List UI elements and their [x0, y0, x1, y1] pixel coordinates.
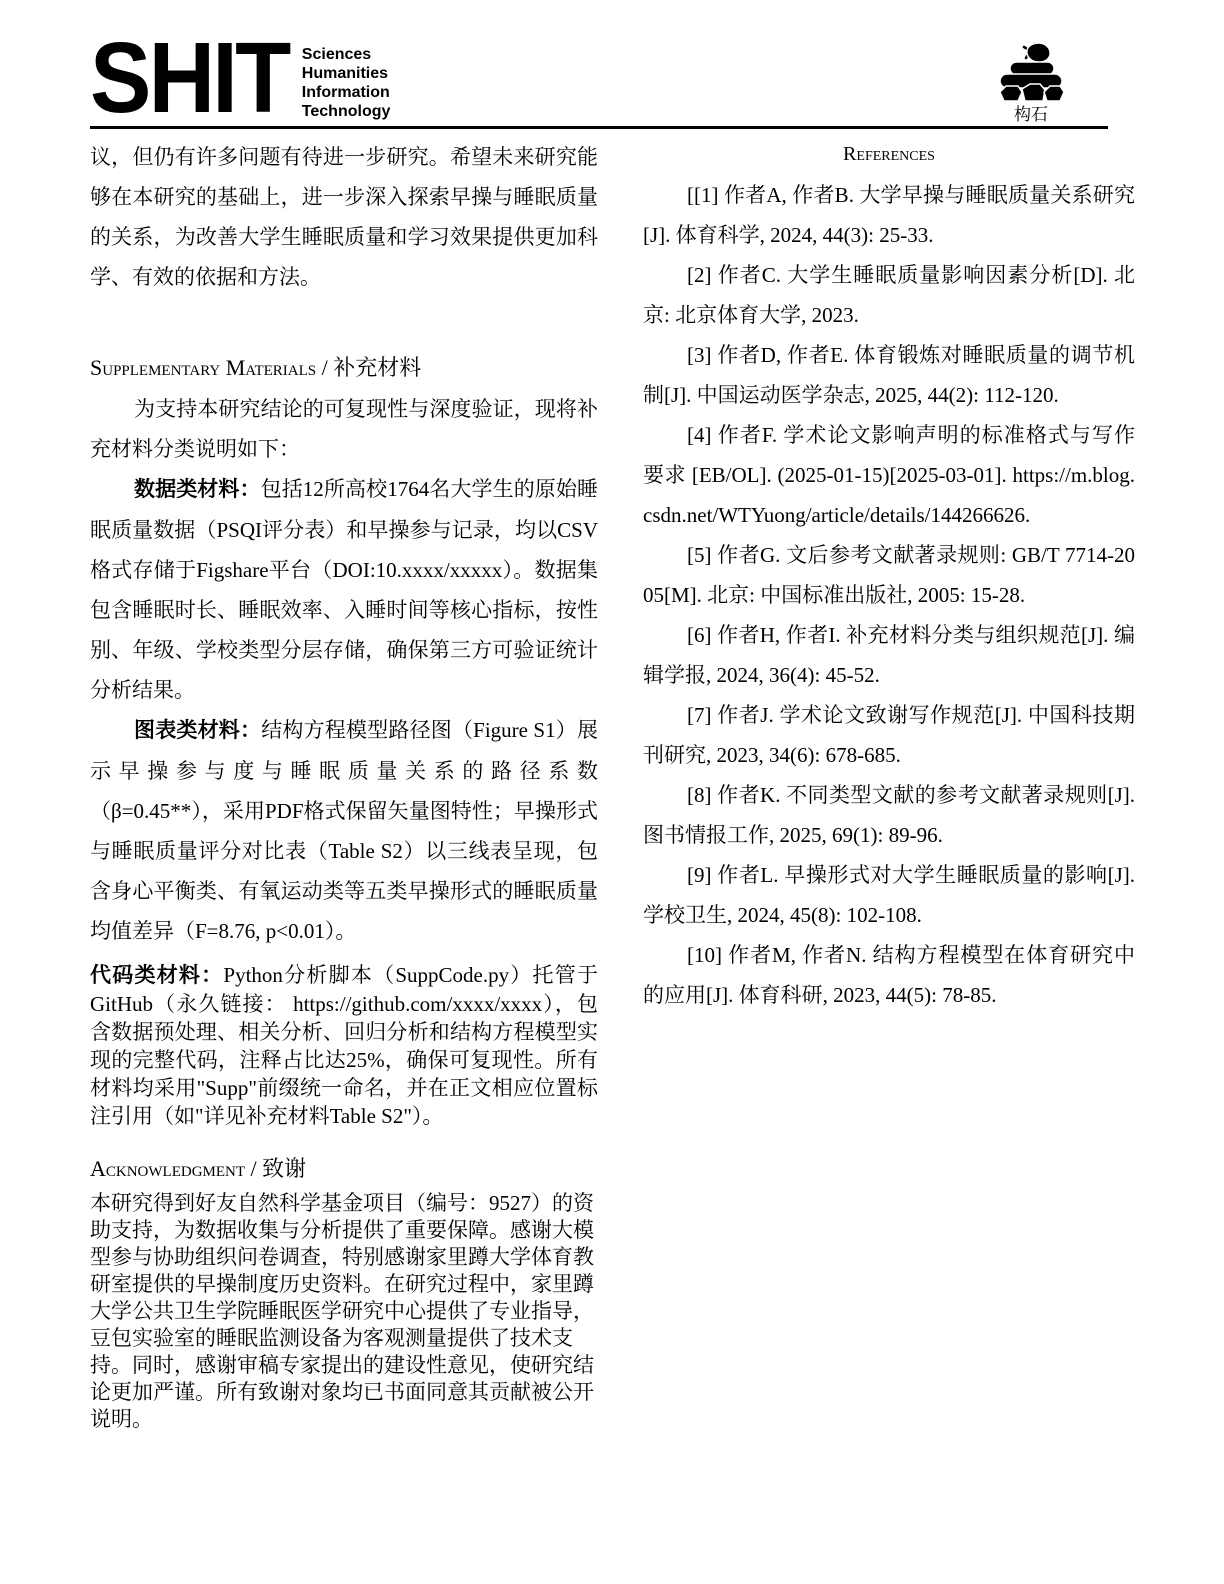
code-materials-label: 代码类材料： [90, 964, 223, 987]
reference-item: [10] 作者M, 作者N. 结构方程模型在体育研究中的应用[J]. 体育科研,… [643, 935, 1135, 1015]
page-content: SHIT Sciences Humanities Information Tec… [90, 38, 1135, 1433]
reference-item: [9] 作者L. 早操形式对大学生睡眠质量的影响[J]. 学校卫生, 2024,… [643, 855, 1135, 935]
reference-item: [[1] 作者A, 作者B. 大学早操与睡眠质量关系研究[J]. 体育科学, 2… [643, 175, 1135, 255]
acknowledgment-heading: Acknowledgment / 致谢 [90, 1154, 598, 1184]
journal-logo-wordmark: SHIT [90, 40, 289, 116]
reference-item: [8] 作者K. 不同类型文献的参考文献著录规则[J]. 图书情报工作, 202… [643, 775, 1135, 855]
data-materials-text: 包括12所高校1764名大学生的原始睡眠质量数据（PSQI评分表）和早操参与记录… [90, 477, 598, 702]
data-materials-paragraph: 数据类材料：包括12所高校1764名大学生的原始睡眠质量数据（PSQI评分表）和… [90, 469, 598, 710]
journal-subtitle-line: Technology [302, 102, 391, 121]
journal-subtitle-line: Sciences [302, 45, 391, 64]
references-heading: References [643, 137, 1135, 171]
left-column: 议，但仍有许多问题有待进一步研究。希望未来研究能够在本研究的基础上，进一步深入探… [90, 137, 598, 1433]
acknowledgment-paragraph: 本研究得到好友自然科学基金项目（编号：9527）的资助支持，为数据收集与分析提供… [90, 1190, 598, 1433]
supplementary-materials-heading-zh: / 补充材料 [316, 355, 421, 380]
reference-item: [5] 作者G. 文后参考文献著录规则: GB/T 7714-2005[M]. … [643, 535, 1135, 615]
publisher-stamp: 构石 [983, 40, 1079, 124]
figure-materials-paragraph: 图表类材料：结构方程模型路径图（Figure S1）展示早操参与度与睡眠质量关系… [90, 710, 598, 951]
code-materials-paragraph: 代码类材料：Python分析脚本（SuppCode.py）托管于GitHub（永… [90, 961, 598, 1130]
code-materials-text: Python分析脚本（SuppCode.py）托管于GitHub（永久链接： h… [90, 963, 598, 1128]
supplementary-intro-paragraph: 为支持本研究结论的可复现性与深度验证，现将补充材料分类说明如下： [90, 389, 598, 469]
acknowledgment-heading-en: Acknowledgment [90, 1156, 245, 1181]
right-column: References [[1] 作者A, 作者B. 大学早操与睡眠质量关系研究[… [643, 137, 1135, 1433]
supplementary-materials-heading: Supplementary Materials / 补充材料 [90, 353, 598, 383]
journal-masthead: SHIT Sciences Humanities Information Tec… [90, 38, 1135, 120]
reference-item: [7] 作者J. 学术论文致谢写作规范[J]. 中国科技期刊研究, 2023, … [643, 695, 1135, 775]
reference-item: [4] 作者F. 学术论文影响声明的标准格式与写作要求 [EB/OL]. (20… [643, 415, 1135, 535]
rock-pile-icon [983, 40, 1079, 104]
journal-subtitle-line: Humanities [302, 64, 391, 83]
journal-brand: SHIT Sciences Humanities Information Tec… [90, 38, 390, 121]
supplementary-materials-heading-en: Supplementary Materials [90, 355, 316, 380]
paper-page: SHIT Sciences Humanities Information Tec… [0, 0, 1224, 1584]
reference-item: [6] 作者H, 作者I. 补充材料分类与组织规范[J]. 编辑学报, 2024… [643, 615, 1135, 695]
figure-materials-label: 图表类材料： [134, 719, 261, 742]
two-column-body: 议，但仍有许多问题有待进一步研究。希望未来研究能够在本研究的基础上，进一步深入探… [90, 137, 1135, 1433]
reference-item: [3] 作者D, 作者E. 体育锻炼对睡眠质量的调节机制[J]. 中国运动医学杂… [643, 335, 1135, 415]
figure-materials-text: 结构方程模型路径图（Figure S1）展示早操参与度与睡眠质量关系的路径系数（… [90, 718, 598, 943]
journal-logo-subtitle: Sciences Humanities Information Technolo… [302, 45, 391, 121]
data-materials-label: 数据类材料： [134, 478, 261, 501]
acknowledgment-heading-zh: / 致谢 [245, 1156, 306, 1181]
reference-item: [2] 作者C. 大学生睡眠质量影响因素分析[D]. 北京: 北京体育大学, 2… [643, 255, 1135, 335]
journal-subtitle-line: Information [302, 83, 391, 102]
conclusion-continuation-paragraph: 议，但仍有许多问题有待进一步研究。希望未来研究能够在本研究的基础上，进一步深入探… [90, 137, 598, 297]
publisher-stamp-label: 构石 [983, 105, 1079, 124]
